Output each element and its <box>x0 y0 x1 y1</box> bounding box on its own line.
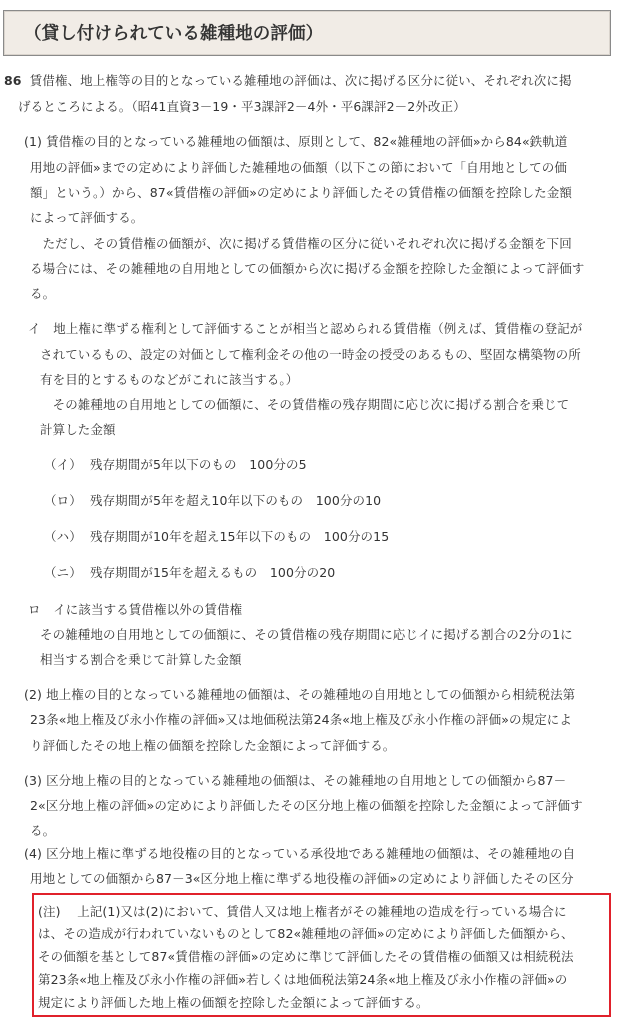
note-line: 第23条«地上権及び永小作権の評価»若しくは地価税法第24条«地上権及び永小作権… <box>38 971 567 989</box>
note-line: その価額を基として87«賃借権の評価»の定めに準じて評価したその賃借権の価額又は… <box>38 948 574 966</box>
sub-i-line: されているもの、設定の対価として権利金その他の一時金の授受のあるもの、堅固な構築… <box>40 346 581 364</box>
item3-line: る。 <box>30 822 55 840</box>
article-line-2: げるところによる。（昭41直資3－19・平3課評2－4外・平6課評2－2外改正） <box>18 98 466 116</box>
item1-line: (1) 賃借権の目的となっている雑種地の価額は、原則として、82«雑種地の評価»… <box>24 133 568 151</box>
item2-line: (2) 地上権の目的となっている雑種地の価額は、その雑種地の自用地としての価額か… <box>24 686 575 704</box>
item3-line: (3) 区分地上権の目的となっている雑種地の価額は、その雑種地の自用地としての価… <box>24 772 566 790</box>
item1-line: によって評価する。 <box>30 209 143 227</box>
sub-ro-line: 相当する割合を乗じて計算した金額 <box>40 651 242 669</box>
item2-line: 23条«地上権及び永小作権の評価»又は地価税法第24条«地上権及び永小作権の評価… <box>30 711 572 729</box>
note-line: (注) 上記(1)又は(2)において、賃借人又は地上権者がその雑種地の造成を行っ… <box>38 903 567 921</box>
item4-line: (4) 区分地上権に準ずる地役権の目的となっている承役地である雑種地の価額は、そ… <box>24 845 575 863</box>
item1-line: 額」という。）から、87«賃借権の評価»の定めにより評価したその賃借権の価額を控… <box>30 184 572 202</box>
item1-line: る。 <box>30 285 55 303</box>
note-line: 規定により評価した地上権の価額を控除した金額によって評価する。 <box>38 994 429 1012</box>
section-title-box: （貸し付けられている雑種地の評価） <box>3 10 611 56</box>
section-title: （貸し付けられている雑種地の評価） <box>24 20 323 45</box>
item1-line: ただし、その賃借権の価額が、次に掲げる賃借権の区分に従いそれぞれ次に掲げる金額を… <box>30 235 572 253</box>
sub-i-line: イ 地上権に準ずる権利として評価することが相当と認められる賃借権（例えば、賃借権… <box>28 320 582 338</box>
rate-row: （イ） 残存期間が5年以下のもの 100分の5 <box>44 456 307 474</box>
note-line: は、その造成が行われていないものとして82«雑種地の評価»の定めにより評価した価… <box>38 925 574 943</box>
article-line-1: 86 賃借権、地上権等の目的となっている雑種地の評価は、次に掲げる区分に従い、そ… <box>4 72 572 90</box>
item2-line: り評価したその地上権の価額を控除した金額によって評価する。 <box>30 737 395 755</box>
item3-line: 2«区分地上権の評価»の定めにより評価したその区分地上権の価額を控除した金額によ… <box>30 797 583 815</box>
sub-i-line: その雑種地の自用地としての価額に、その賃借権の残存期間に応じ次に掲げる割合を乗じ… <box>40 396 569 414</box>
rate-row: （ニ） 残存期間が15年を超えるもの 100分の20 <box>44 564 335 582</box>
sub-i-line: 有を目的とするものなどがこれに該当する。） <box>40 371 298 389</box>
rate-row: （ハ） 残存期間が10年を超え15年以下のもの 100分の15 <box>44 528 389 546</box>
sub-ro-line: ロ イに該当する賃借権以外の賃借権 <box>28 601 242 619</box>
sub-ro-line: その雑種地の自用地としての価額に、その賃借権の残存期間に応じイに掲げる割合の2分… <box>40 626 573 644</box>
item4-line: 用地としての価額から87－3«区分地上権に準ずる地役権の評価»の定めにより評価し… <box>30 870 574 888</box>
article-number: 86 <box>4 73 22 88</box>
item1-line: る場合には、その雑種地の自用地としての価額から次に掲げる金額を控除した金額によっ… <box>30 260 584 278</box>
sub-i-line: 計算した金額 <box>40 421 116 439</box>
item1-line: 用地の評価»までの定めにより評価した雑種地の価額（以下この節において「自用地とし… <box>30 159 567 177</box>
rate-row: （ロ） 残存期間が5年を超え10年以下のもの 100分の10 <box>44 492 381 510</box>
